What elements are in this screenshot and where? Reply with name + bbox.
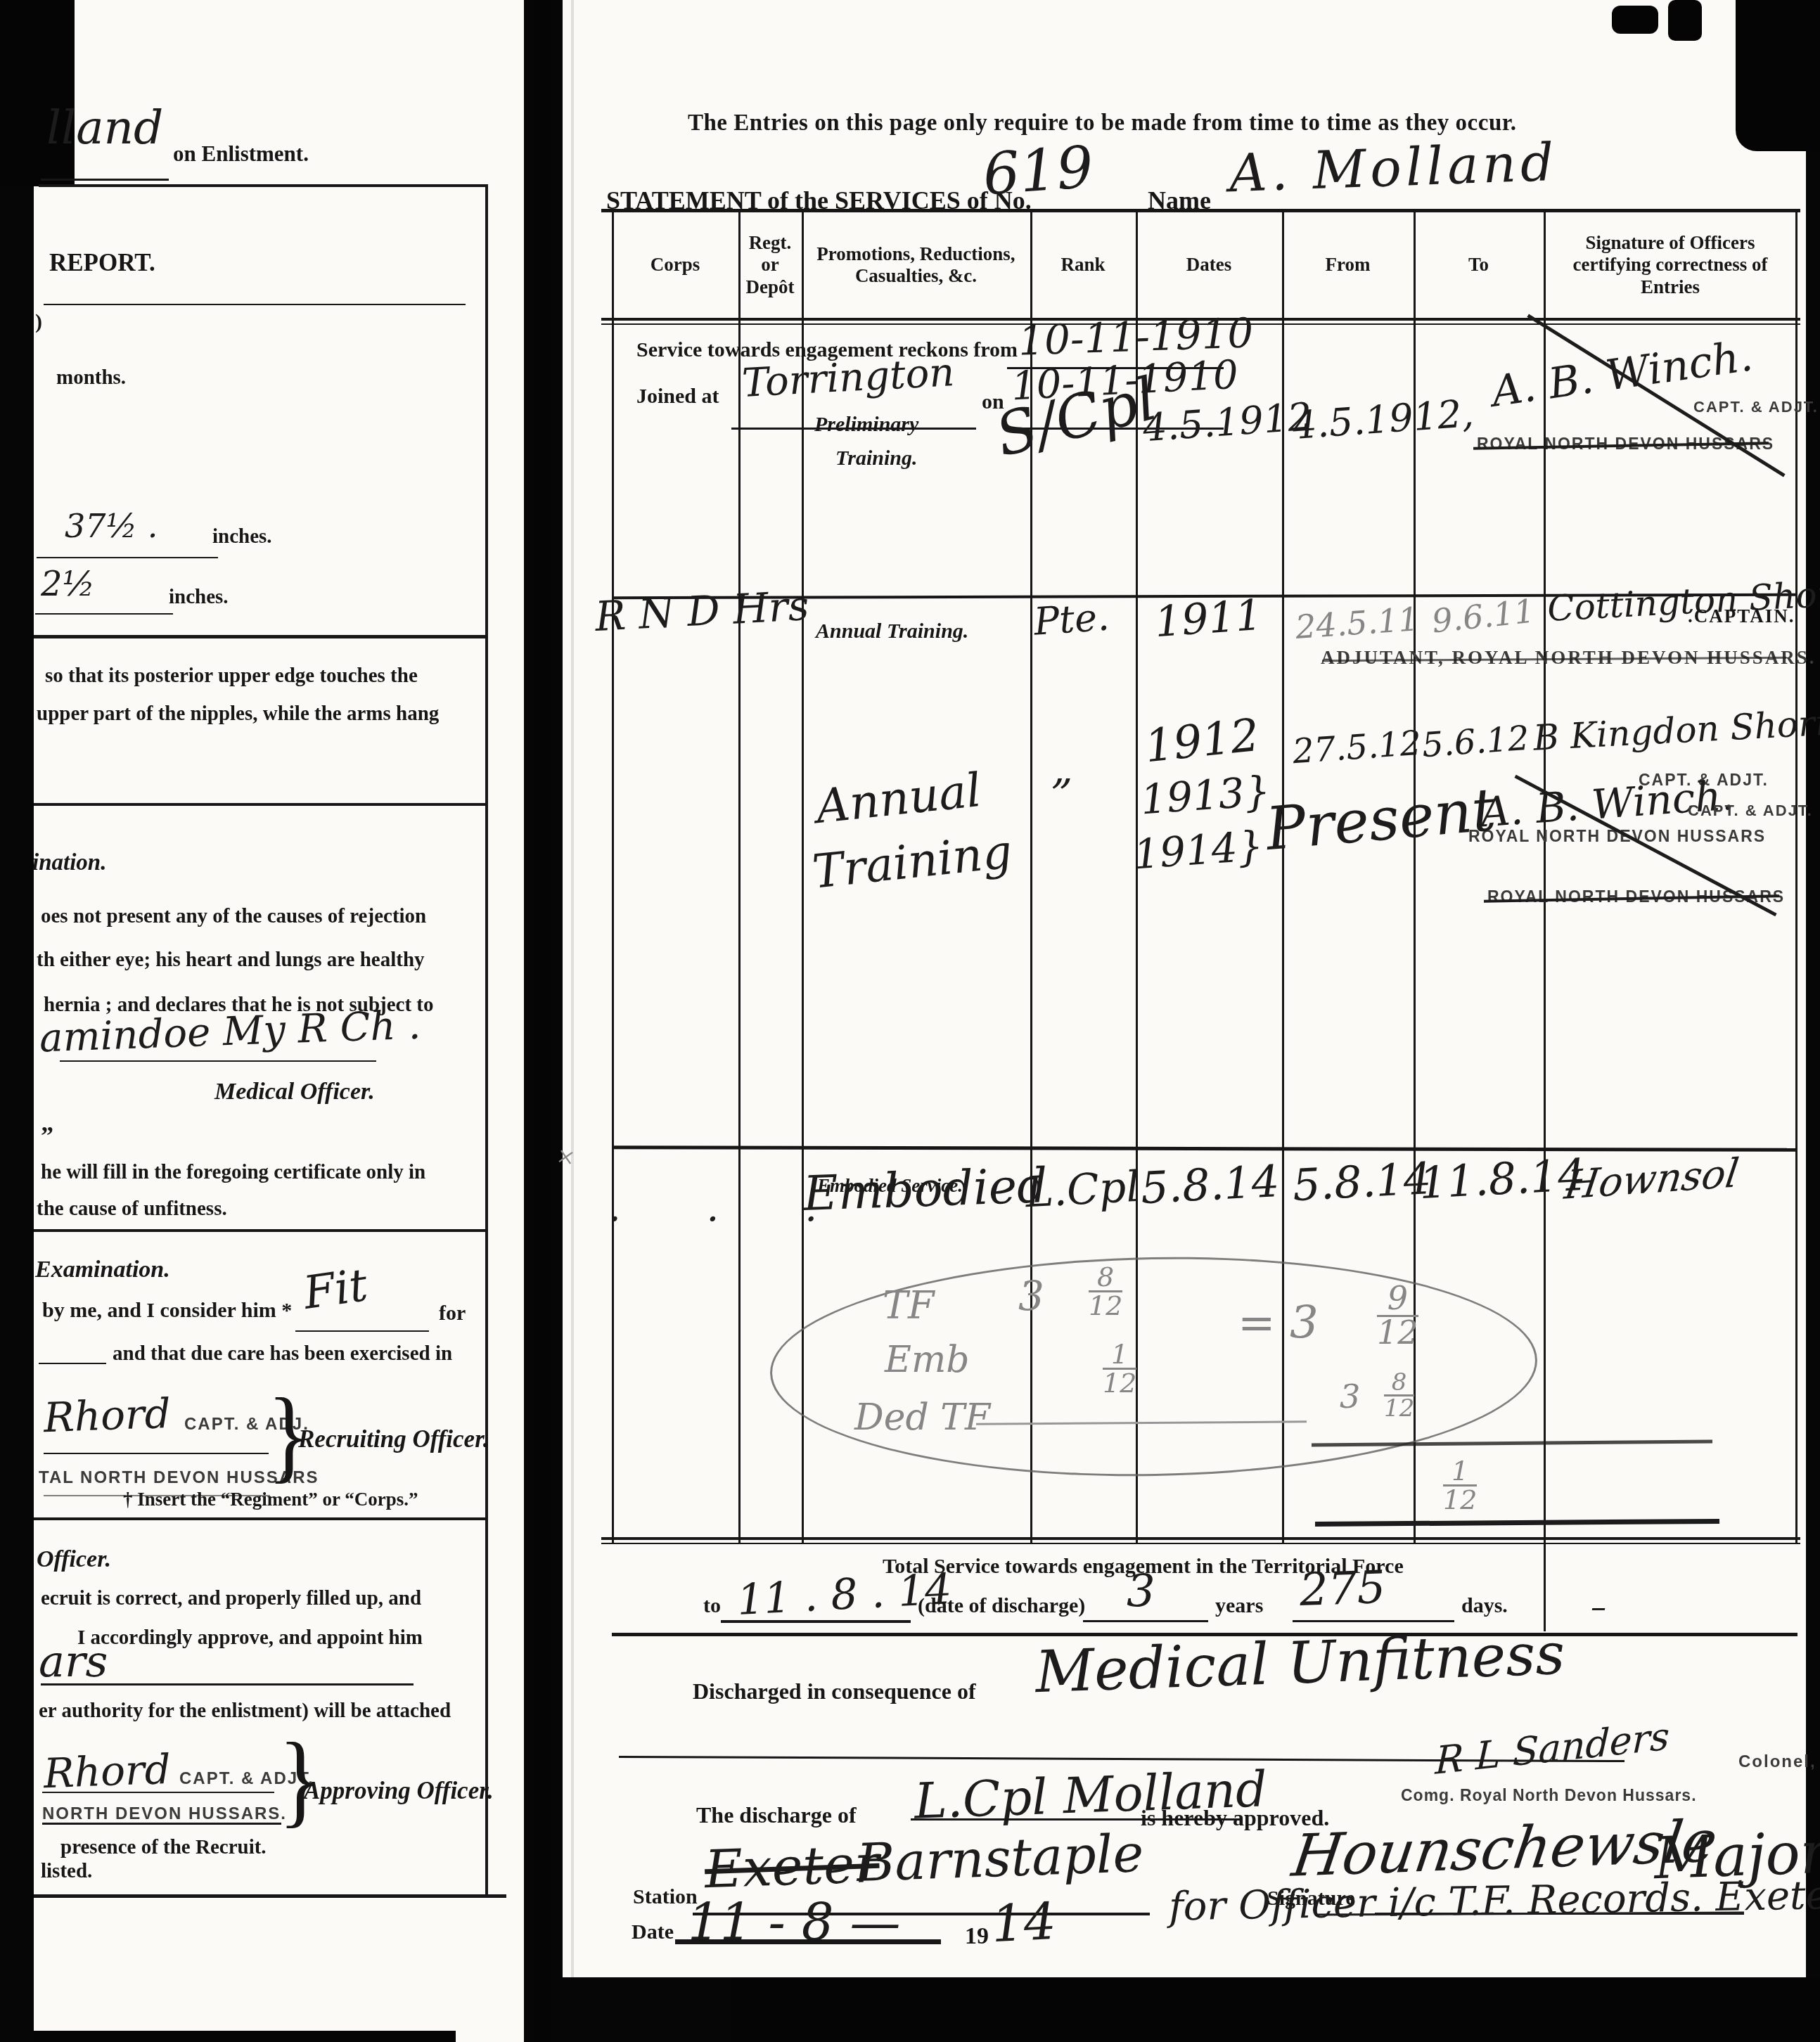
- year-printed: 19: [965, 1924, 989, 1950]
- years-label: years: [1215, 1595, 1263, 1617]
- page-gutter: [524, 0, 563, 2042]
- col-header-rank: Rank: [1032, 212, 1134, 318]
- rank-1912-ditto: „: [1051, 747, 1073, 792]
- col-header-corps: Corps: [613, 212, 737, 318]
- col-header-to: To: [1415, 212, 1542, 318]
- rule: [675, 1939, 941, 1944]
- col-header-regt: Regt. or Depôt: [740, 212, 800, 318]
- embodied-to-handwritten: 11.8.14: [1418, 1152, 1587, 1207]
- report-title: REPORT.: [49, 250, 155, 276]
- table-bottom-rule: [601, 1537, 1800, 1540]
- height-value: 37½ .: [65, 509, 158, 544]
- dash-mark: –: [1591, 1591, 1606, 1624]
- discharge-approved-label-1: The discharge of: [696, 1803, 857, 1828]
- rule: [34, 1229, 487, 1232]
- scan-edge-top-left: [0, 0, 75, 186]
- approval-text-2: I accordingly approve, and appoint him: [77, 1627, 423, 1649]
- col-header-from: From: [1283, 212, 1412, 318]
- dates-1913-handwritten: 1913}: [1139, 769, 1271, 822]
- rule: [1083, 1620, 1208, 1622]
- rule: [44, 1453, 269, 1454]
- medical-officer-label: Medical Officer.: [214, 1079, 375, 1105]
- approval-text-1: ecruit is correct, and properly filled u…: [41, 1588, 421, 1610]
- rule: [1293, 1620, 1454, 1622]
- scan-edge-bottom: [731, 1977, 1820, 2042]
- examination-fragment: ination.: [32, 851, 106, 876]
- calc-tf-years: 3: [1018, 1274, 1044, 1318]
- discharged-label: Discharged in consequence of: [693, 1679, 976, 1704]
- service-number-handwritten: 619: [981, 137, 1095, 207]
- preliminary-label-2: Training.: [835, 447, 917, 470]
- calc-result-fraction: 912: [1377, 1281, 1418, 1348]
- paren-fragment: ): [35, 311, 42, 333]
- for-label: for: [439, 1302, 466, 1325]
- from-1911-handwritten: 24.5.11: [1294, 602, 1420, 646]
- insert-regiment-note: † Insert the “Regiment” or “Corps.”: [123, 1489, 418, 1510]
- rule: [42, 1792, 274, 1793]
- fraction-denominator: 12: [1089, 1293, 1122, 1318]
- rule: [60, 1060, 376, 1062]
- appoint-handwritten: ars: [39, 1638, 108, 1685]
- rank-1911-handwritten: Pte.: [1032, 596, 1110, 643]
- approving-officer-signature: Rhord: [43, 1747, 172, 1796]
- dates-1914-handwritten: 1914}: [1132, 824, 1264, 877]
- rule: [34, 1517, 487, 1520]
- chest-instruction-1: so that its posterior upper edge touches…: [45, 665, 418, 687]
- fit-handwritten: Fit: [301, 1261, 371, 1318]
- commanding-stamp: Comg. Royal North Devon Hussars.: [1401, 1786, 1697, 1805]
- examination-heading: Examination.: [35, 1257, 170, 1283]
- fraction-numerator: 8: [1097, 1264, 1114, 1290]
- station-struck-handwritten: Exeter: [704, 1837, 880, 1899]
- embodied-handwritten: Embodied: [802, 1160, 1049, 1221]
- dates-1911-handwritten: 1911: [1153, 593, 1264, 646]
- presence-text: presence of the Recruit.: [60, 1837, 267, 1858]
- days-label: days.: [1461, 1595, 1508, 1617]
- name-handwritten: A. Molland: [1229, 135, 1559, 203]
- fraction-denominator: 12: [1384, 1397, 1414, 1420]
- embodied-rank-handwritten: L.Cpl: [1024, 1164, 1141, 1216]
- col-line: [1544, 211, 1546, 1631]
- left-name-fragment: lland: [46, 103, 163, 153]
- fraction-denominator: 12: [1377, 1318, 1418, 1349]
- winch-rank-stamp-1: Capt. & Adjt.: [1693, 398, 1819, 416]
- left-box-right: [485, 184, 488, 1897]
- left-enlistment-label: on Enlistment.: [173, 142, 309, 165]
- col-line-extension: [1544, 1543, 1546, 1631]
- chest-expansion-value: 2½: [41, 567, 95, 603]
- rule: [34, 635, 487, 638]
- approving-hussars-stamp: NORTH DEVON HUSSARS.: [42, 1804, 287, 1824]
- col-header-dates: Dates: [1137, 212, 1281, 318]
- scan-mark-top2: [1668, 0, 1702, 41]
- winch-rank-stamp-2: Capt. & Adjt.: [1688, 802, 1813, 820]
- rule: [41, 1683, 414, 1685]
- fraction-numerator: 1: [1111, 1342, 1128, 1367]
- approval-text-3: er authority for the enlistment) will be…: [39, 1700, 451, 1722]
- joined-at-label: Joined at: [636, 385, 719, 408]
- due-care-text: and that due care has been exercised in: [113, 1343, 452, 1365]
- captain-label: .CAPTAIN.: [1688, 606, 1795, 627]
- fraction-denominator: 12: [1443, 1487, 1477, 1513]
- rule: [34, 803, 487, 806]
- rule: [721, 1620, 911, 1623]
- fraction-numerator: 9: [1388, 1283, 1408, 1314]
- scanned-service-record: lland on Enlistment. REPORT. ) months. 3…: [0, 0, 1820, 2042]
- calc-ded-label: Ded TF: [854, 1398, 990, 1437]
- station-handwritten: Barnstaple: [856, 1826, 1145, 1892]
- calc-tf-label: TF: [883, 1285, 935, 1326]
- corps-handwritten: R N D Hrs: [594, 584, 810, 638]
- rejection-text-1: oes not present any of the causes of rej…: [41, 906, 426, 927]
- rule: [41, 179, 169, 181]
- col-line: [612, 211, 614, 1543]
- left-box-top: [39, 184, 487, 187]
- scan-mark-top: [1612, 6, 1658, 34]
- annual-training-label: Annual Training.: [816, 620, 968, 643]
- fraction-numerator: 1: [1451, 1458, 1468, 1484]
- embodied-from-handwritten: 5.8.14: [1291, 1155, 1432, 1209]
- rule: [295, 1330, 429, 1332]
- rule: [34, 1894, 506, 1898]
- listed-text: listed.: [41, 1861, 92, 1882]
- inches-label-1: inches.: [212, 526, 272, 548]
- scan-edge-bottom-left: [34, 2031, 456, 2042]
- approving-officer-label: Approving Officer.: [304, 1778, 494, 1804]
- calc-tf-fraction: 812: [1089, 1263, 1122, 1318]
- fraction-numerator: 8: [1392, 1371, 1407, 1394]
- officer-fragment: Officer.: [37, 1547, 111, 1573]
- rule: [39, 1363, 106, 1364]
- recruiting-officer-label: Recruiting Officer.: [298, 1426, 489, 1453]
- calc-emb-label: Emb: [885, 1340, 970, 1380]
- col-header-promotions: Promotions, Reductions, Casualties, &c.: [809, 212, 1023, 318]
- calc-sub-fraction: 812: [1384, 1370, 1414, 1420]
- rule: [37, 557, 218, 558]
- certificate-text-2: the cause of unfitness.: [37, 1198, 227, 1220]
- to-1912-handwritten: 5.6.12: [1421, 721, 1530, 764]
- quote-fragment: ”: [41, 1122, 53, 1150]
- rule: [35, 613, 173, 615]
- date-of-discharge-label: (date of discharge): [918, 1595, 1085, 1617]
- year-handwritten: 14: [990, 1894, 1058, 1952]
- from-1912-handwritten: 27.5.12: [1291, 726, 1422, 771]
- recruiting-officer-signature: Rhord: [43, 1392, 172, 1440]
- calc-remainder-fraction: 112: [1443, 1457, 1477, 1513]
- to-label: to: [703, 1595, 721, 1617]
- date-label: Date: [632, 1921, 674, 1944]
- page-notice: The Entries on this page only require to…: [688, 111, 1517, 136]
- rule: [44, 304, 466, 305]
- calc-emb-fraction: 112: [1103, 1340, 1136, 1396]
- page-crease: [571, 0, 574, 1977]
- certificate-text-1: he will fill in the foregoing certificat…: [41, 1162, 425, 1183]
- scan-edge-top-right: [1736, 0, 1820, 151]
- dates-1912-handwritten: 1912: [1143, 712, 1262, 772]
- consider-text: by me, and I consider him *: [42, 1299, 292, 1322]
- rule: [42, 1823, 281, 1825]
- inches-label-2: inches.: [169, 586, 229, 608]
- fraction-denominator: 12: [1103, 1370, 1136, 1396]
- chest-instruction-2: upper part of the nipples, while the arm…: [37, 703, 439, 725]
- col-line: [738, 211, 741, 1543]
- col-header-signature: Signature of Officers certifying correct…: [1554, 212, 1786, 318]
- calc-equals: = 3: [1238, 1299, 1319, 1348]
- days-value-handwritten: 275: [1299, 1564, 1386, 1615]
- colonel-label: Colonel,: [1738, 1752, 1816, 1772]
- embodied-dates-handwritten: 5.8.14: [1139, 1158, 1280, 1212]
- rejection-text-2: th either eye; his heart and lungs are h…: [37, 949, 425, 971]
- calc-sub-years: 3: [1340, 1380, 1360, 1415]
- table-bottom-rule2: [601, 1543, 1800, 1544]
- months-label: months.: [56, 367, 126, 389]
- years-value-handwritten: 3: [1127, 1568, 1155, 1617]
- preliminary-label-1: Preliminary: [814, 413, 918, 436]
